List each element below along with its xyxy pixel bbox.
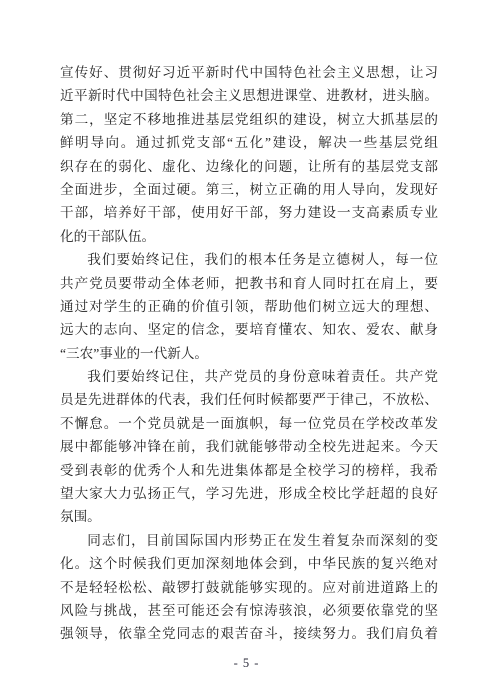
text-line: 第二，坚定不移地推进基层党组织的建设，树立大抓基层的 (60, 108, 438, 131)
text-line: 不是轻轻松松、敲锣打鼓就能够实现的。应对前进道路上的 (60, 576, 438, 599)
text-line: 展中都能够冲锋在前，我们就能够带动全校先进起来。今天 (60, 435, 438, 458)
text-line: 不懈怠。一个党员就是一面旗帜，每一位党员在学校改革发 (60, 412, 438, 435)
paragraph: 我们要始终记住，我们的根本任务是立德树人，每一位 共产党员要带动全体老师，把教书… (60, 248, 438, 365)
document-page: 宣传好、贯彻好习近平新时代中国特色社会主义思想，让习 近平新时代中国特色社会主义… (0, 0, 493, 693)
text-line: “三农”事业的一代新人。 (60, 342, 438, 365)
text-line: 织存在的弱化、虚化、边缘化的问题，让所有的基层党支部 (60, 155, 438, 178)
text-line: 近平新时代中国特色社会主义思想进课堂、进教材，进头脑。 (60, 84, 438, 107)
text-line: 干部，培养好干部，使用好干部，努力建设一支高素质专业 (60, 201, 438, 224)
paragraph: 同志们，目前国际国内形势正在发生着复杂而深刻的变 化。这个时候我们更加深刻地体会… (60, 529, 438, 646)
text-line: 共产党员要带动全体老师，把教书和育人同时扛在肩上，要 (60, 272, 438, 295)
text-line: 受到表彰的优秀个人和先进集体都是全校学习的榜样，我希 (60, 459, 438, 482)
text-line: 我们要始终记住，共产党员的身份意味着责任。共产党 (60, 365, 438, 388)
text-line: 化的干部队伍。 (60, 225, 438, 248)
page-number: - 5 - (0, 656, 493, 671)
text-line: 鲜明导向。通过抓党支部“五化”建设，解决一些基层党组 (60, 131, 438, 154)
text-line: 我们要始终记住，我们的根本任务是立德树人，每一位 (60, 248, 438, 271)
text-line: 通过对学生的正确的价值引领，帮助他们树立远大的理想、 (60, 295, 438, 318)
paragraph: 我们要始终记住，共产党员的身份意味着责任。共产党 员是先进群体的代表，我们任何时… (60, 365, 438, 529)
text-line: 宣传好、贯彻好习近平新时代中国特色社会主义思想，让习 (60, 61, 438, 84)
text-line: 氛围。 (60, 505, 438, 528)
text-line: 远大的志向、坚定的信念，要培育懂农、知农、爱农、献身 (60, 318, 438, 341)
text-line: 化。这个时候我们更加深刻地体会到，中华民族的复兴绝对 (60, 552, 438, 575)
text-line: 全面进步，全面过硬。第三，树立正确的用人导向，发现好 (60, 178, 438, 201)
paragraph: 宣传好、贯彻好习近平新时代中国特色社会主义思想，让习 近平新时代中国特色社会主义… (60, 61, 438, 248)
text-line: 同志们，目前国际国内形势正在发生着复杂而深刻的变 (60, 529, 438, 552)
text-line: 员是先进群体的代表，我们任何时候都要严于律己，不放松、 (60, 388, 438, 411)
document-text-block: 宣传好、贯彻好习近平新时代中国特色社会主义思想，让习 近平新时代中国特色社会主义… (60, 61, 438, 646)
text-line: 强领导，依靠全党同志的艰苦奋斗，接续努力。我们肩负着 (60, 622, 438, 645)
text-line: 望大家大力弘扬正气，学习先进，形成全校比学赶超的良好 (60, 482, 438, 505)
text-line: 风险与挑战，甚至可能还会有惊涛骇浪，必须要依靠党的坚 (60, 599, 438, 622)
